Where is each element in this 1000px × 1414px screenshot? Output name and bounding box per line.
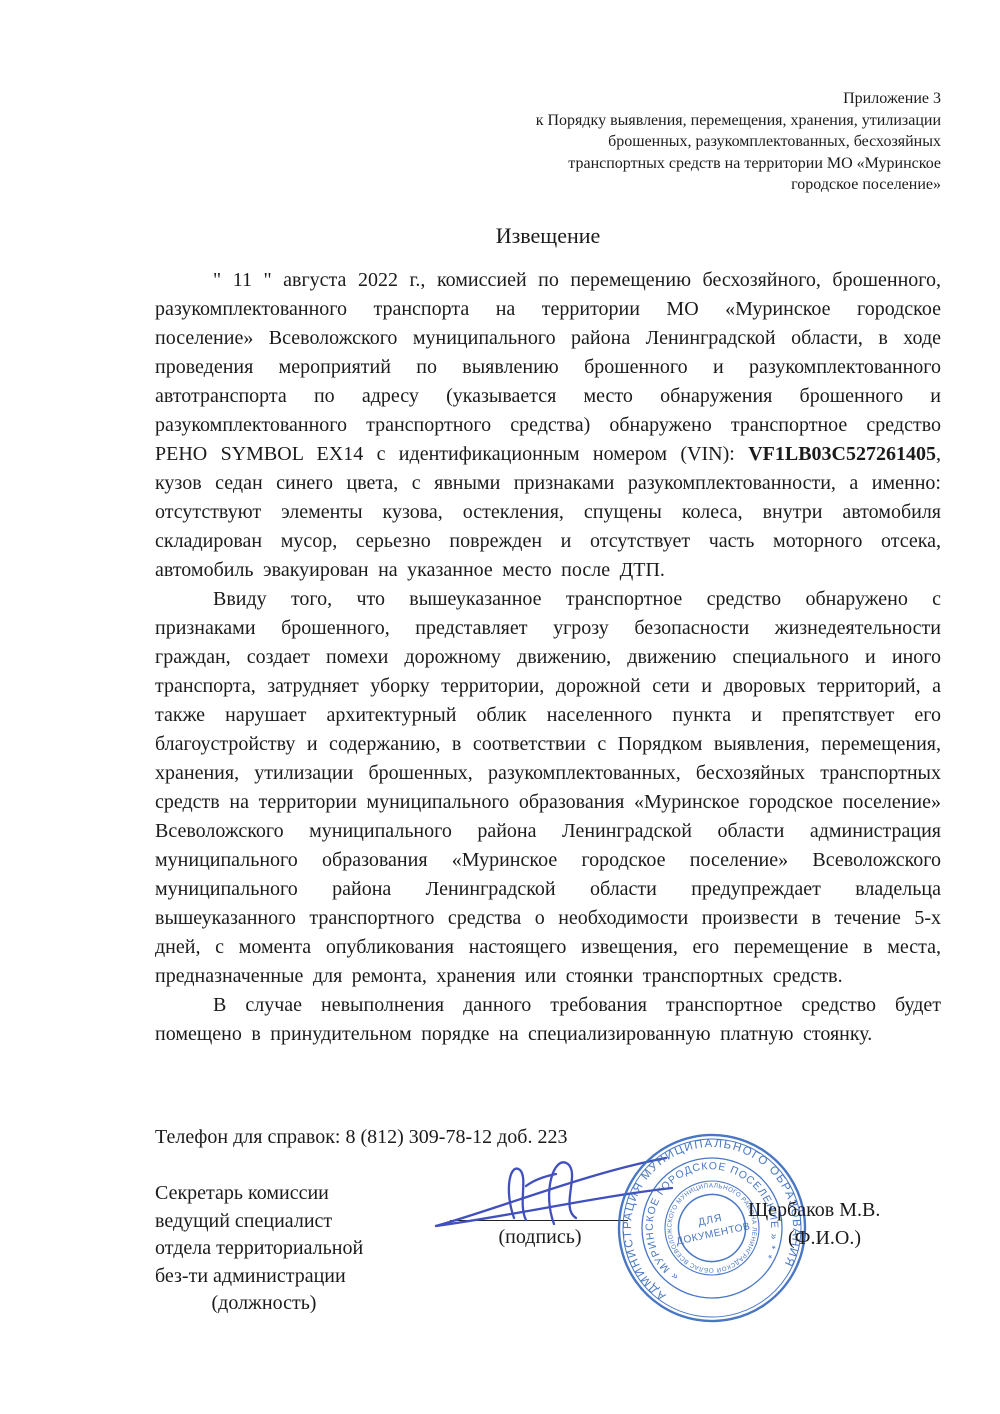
position-caption: (должность)	[155, 1290, 373, 1318]
position-line: отдела территориальной	[155, 1235, 373, 1263]
stamp-ring3-text: ВСЕВОЛОЖСКОГО МУНИЦИПАЛЬНОГО РАЙОНА ЛЕНИ…	[593, 1116, 767, 1296]
position-line: Секретарь комиссии	[155, 1180, 373, 1208]
document-content: Приложение 3 к Порядку выявления, переме…	[155, 88, 941, 1049]
name-caption: (Ф.И.О.)	[788, 1224, 880, 1252]
signer-position-block: Секретарь комиссии ведущий специалист от…	[155, 1180, 373, 1318]
header-line: брошенных, разукомплектованных, бесхозяй…	[155, 131, 941, 153]
page-title: Извещение	[155, 223, 941, 249]
header-line: транспортных средств на территории МО «М…	[155, 153, 941, 175]
stamp-center-line1: ДЛЯ	[697, 1212, 724, 1229]
signer-name-block: Щербаков М.В. (Ф.И.О.)	[748, 1196, 880, 1252]
paragraph-consequence: В случае невыполнения данного требования…	[155, 991, 941, 1049]
document-page: Приложение 3 к Порядку выявления, переме…	[0, 0, 1000, 1414]
paragraph-warning: Ввиду того, что вышеуказанное транспортн…	[155, 585, 941, 991]
header-appendix: Приложение 3	[155, 88, 941, 110]
position-line: ведущий специалист	[155, 1208, 373, 1236]
position-line: без-ти администрации	[155, 1263, 373, 1291]
header-line: городское поселение»	[155, 174, 941, 196]
document-header: Приложение 3 к Порядку выявления, переме…	[155, 88, 941, 196]
svg-text:ВСЕВОЛОЖСКОГО МУНИЦИПАЛЬНОГО Р: ВСЕВОЛОЖСКОГО МУНИЦИПАЛЬНОГО РАЙОНА ЛЕНИ…	[593, 1116, 767, 1296]
vin-number: VF1LB03C527261405	[748, 443, 936, 465]
signer-name: Щербаков М.В.	[748, 1196, 880, 1224]
header-line: к Порядку выявления, перемещения, хранен…	[155, 110, 941, 132]
paragraph-text: " 11 " августа 2022 г., комиссией по пер…	[155, 269, 941, 465]
paragraph-vehicle-found: " 11 " августа 2022 г., комиссией по пер…	[155, 266, 941, 585]
